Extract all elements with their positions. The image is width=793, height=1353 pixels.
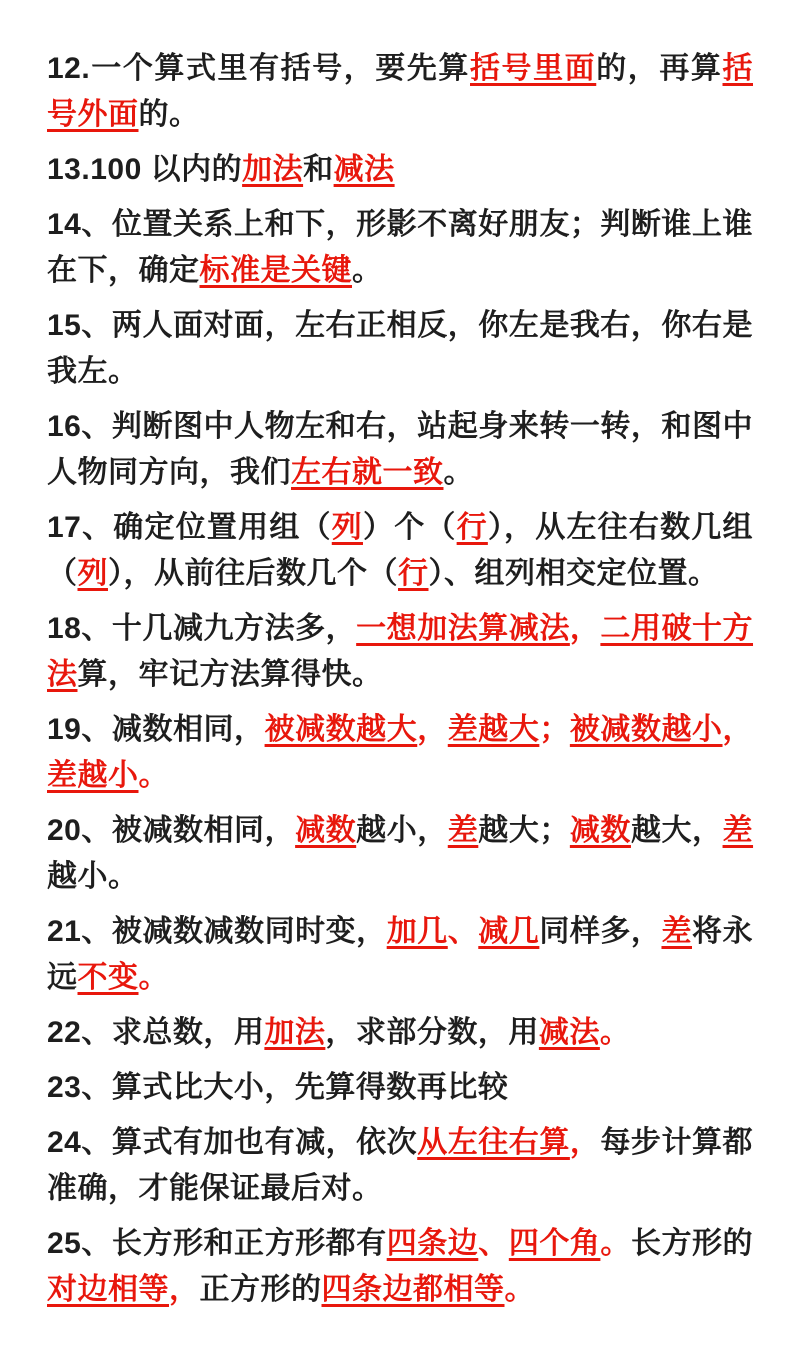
highlight-underlined-text: 标准是关键 bbox=[200, 254, 353, 287]
note-item-18: 18、十几减九方法多，一想加法算减法，二用破十方法算，牢记方法算得快。 bbox=[47, 606, 753, 698]
plain-text: 。 bbox=[352, 254, 383, 287]
plain-text: ，求部分数，用 bbox=[325, 1016, 539, 1049]
notes-page: 12.一个算式里有括号，要先算括号里面的，再算括号外面的。13.100 以内的加… bbox=[0, 0, 793, 1353]
highlight-underlined-text: 被减数越大 bbox=[265, 713, 418, 746]
notes-list: 12.一个算式里有括号，要先算括号里面的，再算括号外面的。13.100 以内的加… bbox=[47, 46, 753, 1313]
plain-text: 15、两人面对面，左右正相反，你左是我右，你右是我左。 bbox=[47, 309, 753, 388]
highlight-text: 。 bbox=[505, 1273, 536, 1306]
plain-text: 23、算式比大小，先算得数再比较 bbox=[47, 1071, 508, 1104]
plain-text: 越小， bbox=[356, 814, 448, 847]
plain-text: 越大， bbox=[631, 814, 723, 847]
highlight-underlined-text: 行 bbox=[457, 511, 488, 544]
highlight-underlined-text: 列 bbox=[78, 557, 109, 590]
plain-text: ），从前往后数几个（ bbox=[108, 557, 398, 590]
highlight-underlined-text: 对边相等 bbox=[47, 1273, 169, 1306]
note-item-22: 22、求总数，用加法，求部分数，用减法。 bbox=[47, 1010, 753, 1056]
note-item-24: 24、算式有加也有减，依次从左往右算，每步计算都准确，才能保证最后对。 bbox=[47, 1120, 753, 1212]
note-item-14: 14、位置关系上和下，形影不离好朋友；判断谁上谁在下，确定标准是关键。 bbox=[47, 202, 753, 294]
plain-text: 13.100 以内的 bbox=[47, 153, 242, 186]
highlight-underlined-text: 减几 bbox=[478, 915, 539, 948]
plain-text: 越大； bbox=[478, 814, 570, 847]
note-item-23: 23、算式比大小，先算得数再比较 bbox=[47, 1065, 753, 1111]
highlight-underlined-text: 减数 bbox=[570, 814, 631, 847]
highlight-underlined-text: 括号里面 bbox=[470, 52, 596, 85]
note-item-21: 21、被减数减数同时变，加几、减几同样多，差将永远不变。 bbox=[47, 909, 753, 1001]
highlight-underlined-text: 行 bbox=[398, 557, 429, 590]
plain-text: 。 bbox=[444, 456, 475, 489]
note-item-15: 15、两人面对面，左右正相反，你左是我右，你右是我左。 bbox=[47, 303, 753, 395]
highlight-underlined-text: 差越小 bbox=[47, 759, 139, 792]
note-item-12: 12.一个算式里有括号，要先算括号里面的，再算括号外面的。 bbox=[47, 46, 753, 138]
plain-text: 21、被减数减数同时变， bbox=[47, 915, 387, 948]
plain-text: ）个（ bbox=[363, 511, 457, 544]
plain-text: 越小。 bbox=[47, 860, 139, 893]
highlight-underlined-text: 加法 bbox=[264, 1016, 325, 1049]
highlight-underlined-text: 减法 bbox=[539, 1016, 600, 1049]
plain-text: 14、位置关系上和下，形影不离好朋友；判断谁上谁在下，确定 bbox=[47, 208, 753, 287]
highlight-text: ， bbox=[570, 612, 601, 645]
highlight-text: ， bbox=[570, 1126, 601, 1159]
highlight-underlined-text: 差越大 bbox=[448, 713, 540, 746]
note-item-16: 16、判断图中人物左和右，站起身来转一转，和图中人物同方向，我们左右就一致。 bbox=[47, 404, 753, 496]
highlight-underlined-text: 差 bbox=[448, 814, 479, 847]
highlight-text: 、 bbox=[478, 1227, 509, 1260]
note-item-19: 19、减数相同，被减数越大，差越大；被减数越小，差越小。 bbox=[47, 707, 753, 799]
highlight-underlined-text: 从左往右算 bbox=[417, 1126, 570, 1159]
highlight-underlined-text: 减法 bbox=[334, 153, 395, 186]
highlight-text: 。 bbox=[600, 1227, 631, 1260]
plain-text: 22、求总数，用 bbox=[47, 1016, 264, 1049]
highlight-text: ； bbox=[539, 713, 570, 746]
note-item-20: 20、被减数相同，减数越小，差越大；减数越大，差越小。 bbox=[47, 808, 753, 900]
highlight-underlined-text: 四条边都相等 bbox=[322, 1273, 505, 1306]
plain-text: 和 bbox=[303, 153, 334, 186]
plain-text: 24、算式有加也有减，依次 bbox=[47, 1126, 417, 1159]
highlight-underlined-text: 被减数越小 bbox=[570, 713, 723, 746]
plain-text: 12.一个算式里有括号，要先算 bbox=[47, 52, 470, 85]
highlight-underlined-text: 差 bbox=[661, 915, 692, 948]
highlight-underlined-text: 不变 bbox=[78, 961, 139, 994]
plain-text: 19、减数相同， bbox=[47, 713, 265, 746]
plain-text: 18、十几减九方法多， bbox=[47, 612, 356, 645]
plain-text: 同样多， bbox=[539, 915, 661, 948]
plain-text: 17、确定位置用组（ bbox=[47, 511, 332, 544]
plain-text: 正方形的 bbox=[200, 1273, 322, 1306]
highlight-underlined-text: 一想加法算减法 bbox=[356, 612, 570, 645]
highlight-underlined-text: 差 bbox=[723, 814, 754, 847]
highlight-underlined-text: 左右就一致 bbox=[291, 456, 444, 489]
highlight-text: 。 bbox=[139, 759, 170, 792]
highlight-underlined-text: 列 bbox=[332, 511, 363, 544]
note-item-25: 25、长方形和正方形都有四条边、四个角。长方形的对边相等，正方形的四条边都相等。 bbox=[47, 1221, 753, 1313]
highlight-text: 、 bbox=[448, 915, 479, 948]
plain-text: 20、被减数相同， bbox=[47, 814, 295, 847]
highlight-underlined-text: 四条边 bbox=[387, 1227, 479, 1260]
plain-text: 算，牢记方法算得快。 bbox=[78, 658, 383, 691]
highlight-text: ， bbox=[417, 713, 448, 746]
highlight-underlined-text: 减数 bbox=[295, 814, 356, 847]
highlight-underlined-text: 四个角 bbox=[509, 1227, 601, 1260]
highlight-text: 。 bbox=[139, 961, 170, 994]
highlight-text: 。 bbox=[600, 1016, 631, 1049]
plain-text: ）、组列相交定位置。 bbox=[429, 557, 719, 590]
highlight-text: ， bbox=[723, 713, 754, 746]
plain-text: 的。 bbox=[139, 98, 200, 131]
note-item-13: 13.100 以内的加法和减法 bbox=[47, 147, 753, 193]
note-item-17: 17、确定位置用组（列）个（行），从左往右数几组（列），从前往后数几个（行）、组… bbox=[47, 505, 753, 597]
plain-text: 长方形的 bbox=[631, 1227, 753, 1260]
highlight-text: ， bbox=[169, 1273, 200, 1306]
plain-text: 25、长方形和正方形都有 bbox=[47, 1227, 387, 1260]
highlight-underlined-text: 加几 bbox=[387, 915, 448, 948]
highlight-underlined-text: 加法 bbox=[242, 153, 303, 186]
plain-text: 的，再算 bbox=[596, 52, 722, 85]
